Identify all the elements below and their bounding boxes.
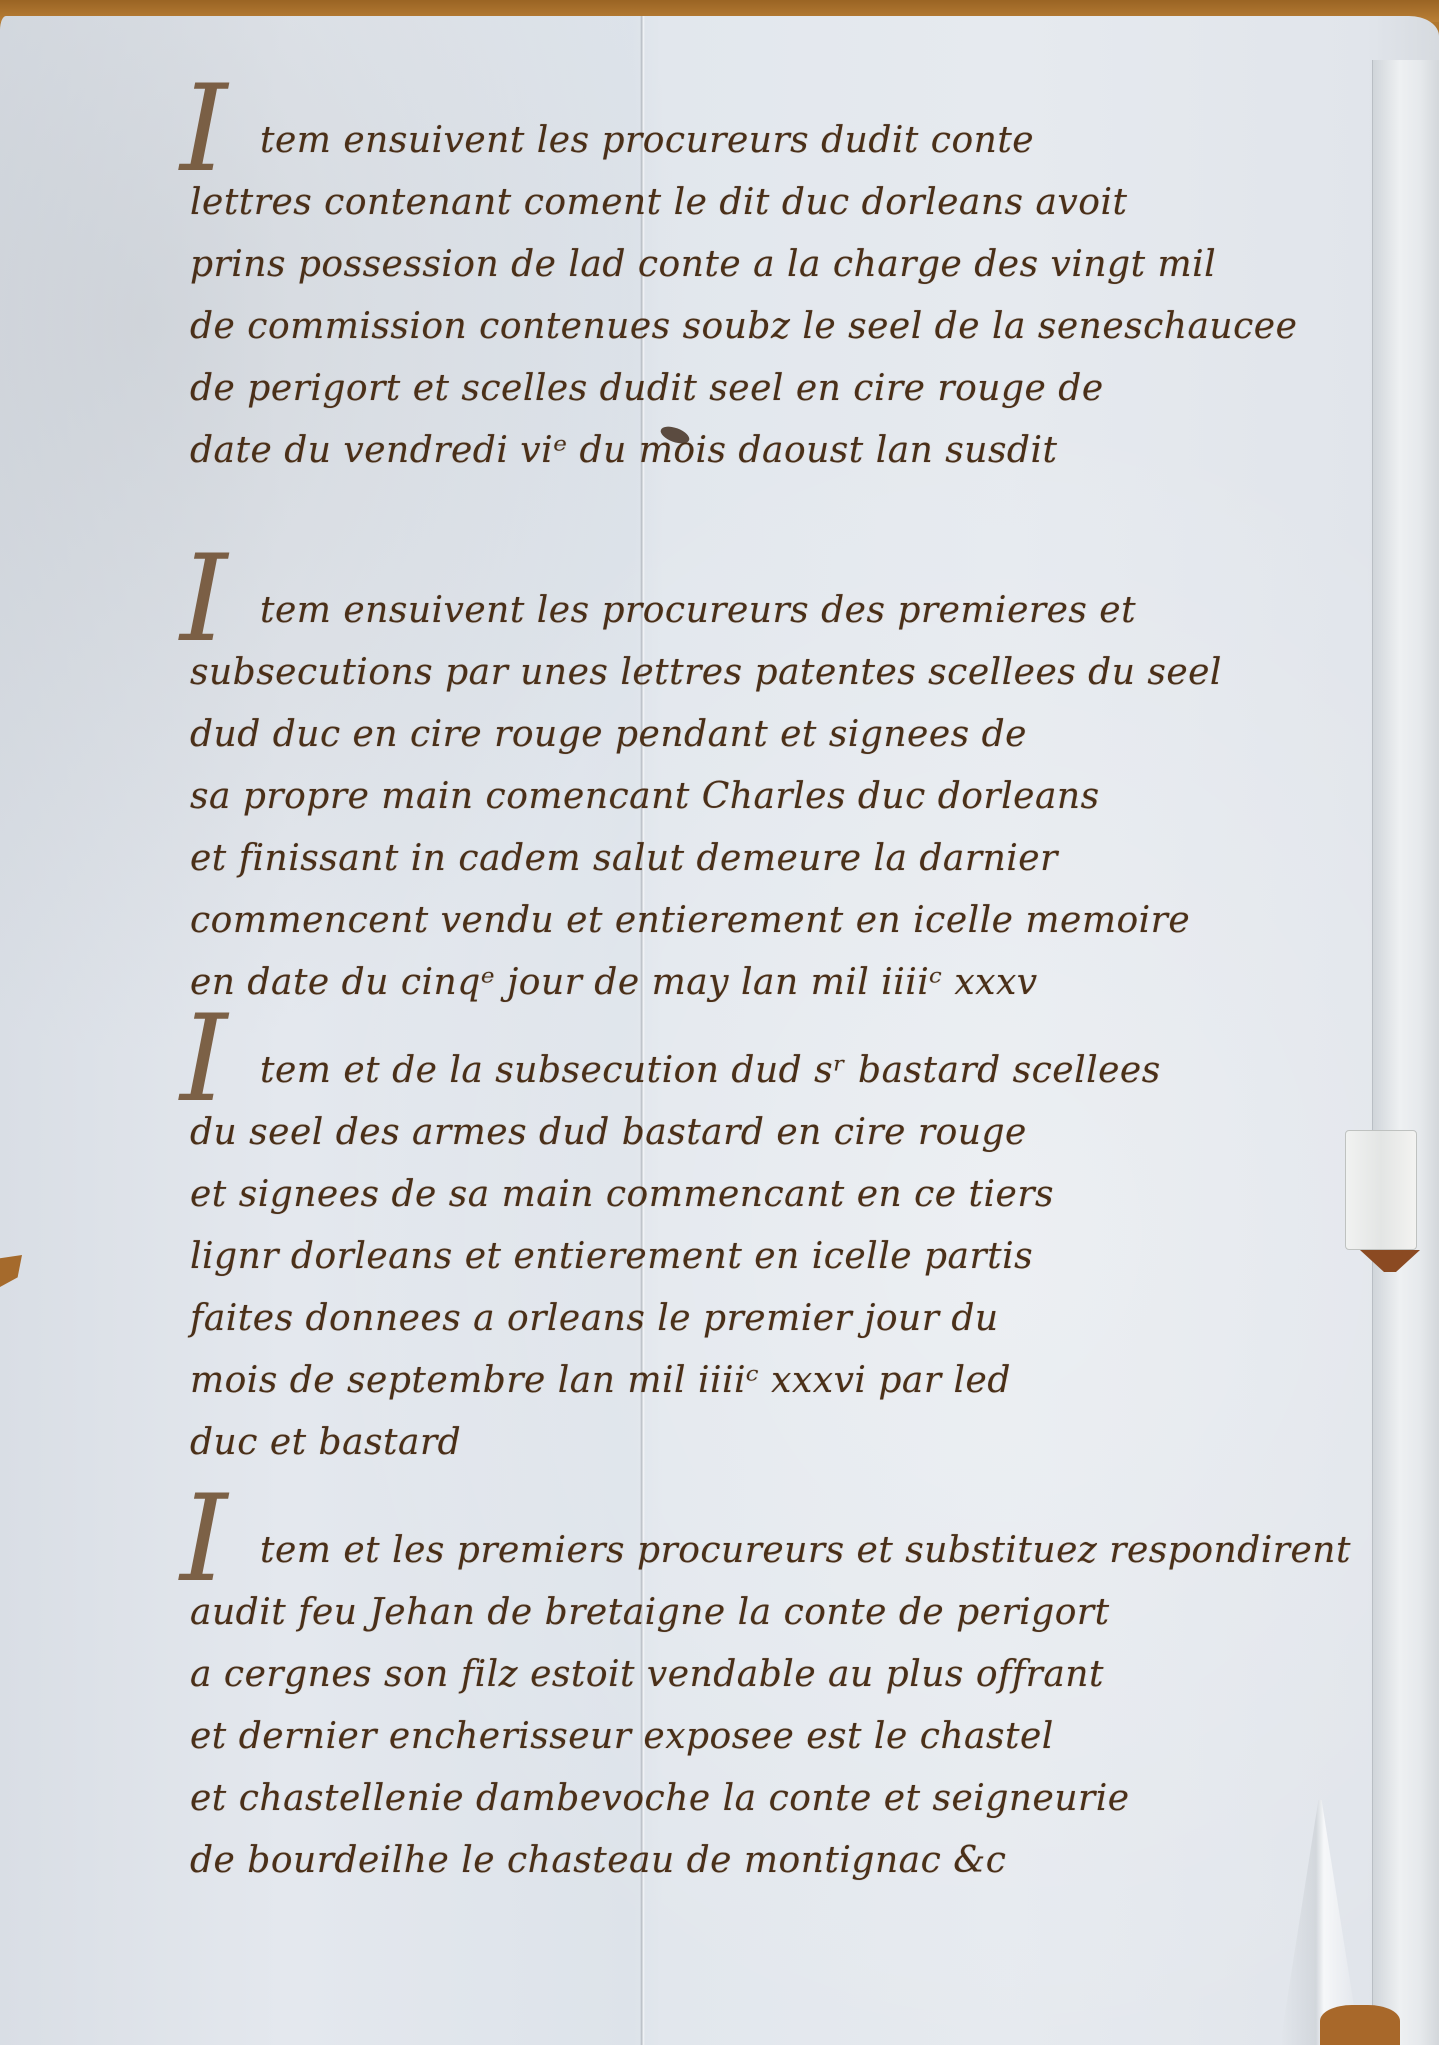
text-line: de bourdeilhe le chasteau de montignac &…: [190, 1830, 1390, 1892]
text-line: mois de septembre lan mil iiiiᶜ xxxvi pa…: [190, 1350, 1390, 1412]
decorated-initial: I: [180, 1480, 227, 1600]
text-line: audit feu Jehan de bretaigne la conte de…: [190, 1582, 1390, 1644]
text-line: commencent vendu et entierement en icell…: [190, 890, 1390, 952]
text-line: tem ensuivent les procureurs des premier…: [190, 580, 1390, 642]
text-line: prins possession de lad conte a la charg…: [190, 234, 1390, 296]
tear-bottom: [1320, 2005, 1400, 2045]
text-line: lignr dorleans et entierement en icelle …: [190, 1226, 1390, 1288]
decorated-initial: I: [180, 540, 227, 660]
text-line: tem et les premiers procureurs et substi…: [190, 1520, 1390, 1582]
paragraph-2: I tem ensuivent les procureurs des premi…: [190, 580, 1390, 1014]
text-line: faites donnees a orleans le premier jour…: [190, 1288, 1390, 1350]
text-line: et signees de sa main commencant en ce t…: [190, 1164, 1390, 1226]
text-line: duc et bastard: [190, 1412, 1390, 1474]
text-line: en date du cinqᵉ jour de may lan mil iii…: [190, 952, 1390, 1014]
text-line: sa propre main comencant Charles duc dor…: [190, 766, 1390, 828]
text-line: date du vendredi viᵉ du mois daoust lan …: [190, 420, 1390, 482]
text-line: et finissant in cadem salut demeure la d…: [190, 828, 1390, 890]
paragraph-4: I tem et les premiers procureurs et subs…: [190, 1520, 1390, 1892]
text-line: et dernier encherisseur exposee est le c…: [190, 1706, 1390, 1768]
text-line: de commission contenues soubz le seel de…: [190, 296, 1390, 358]
text-line: de perigort et scelles dudit seel en cir…: [190, 358, 1390, 420]
paragraph-1: I tem ensuivent les procureurs dudit con…: [190, 110, 1390, 482]
text-line: lettres contenant coment le dit duc dorl…: [190, 172, 1390, 234]
paragraph-3: I tem et de la subsecution dud sʳ bastar…: [190, 1040, 1390, 1474]
text-line: subsecutions par unes lettres patentes s…: [190, 642, 1390, 704]
text-line: tem et de la subsecution dud sʳ bastard …: [190, 1040, 1390, 1102]
text-line: du seel des armes dud bastard en cire ro…: [190, 1102, 1390, 1164]
text-line: et chastellenie dambevoche la conte et s…: [190, 1768, 1390, 1830]
text-line: a cergnes son filz estoit vendable au pl…: [190, 1644, 1390, 1706]
decorated-initial: I: [180, 70, 227, 190]
text-line: tem ensuivent les procureurs dudit conte: [190, 110, 1390, 172]
decorated-initial: I: [180, 1000, 227, 1120]
text-line: dud duc en cire rouge pendant et signees…: [190, 704, 1390, 766]
